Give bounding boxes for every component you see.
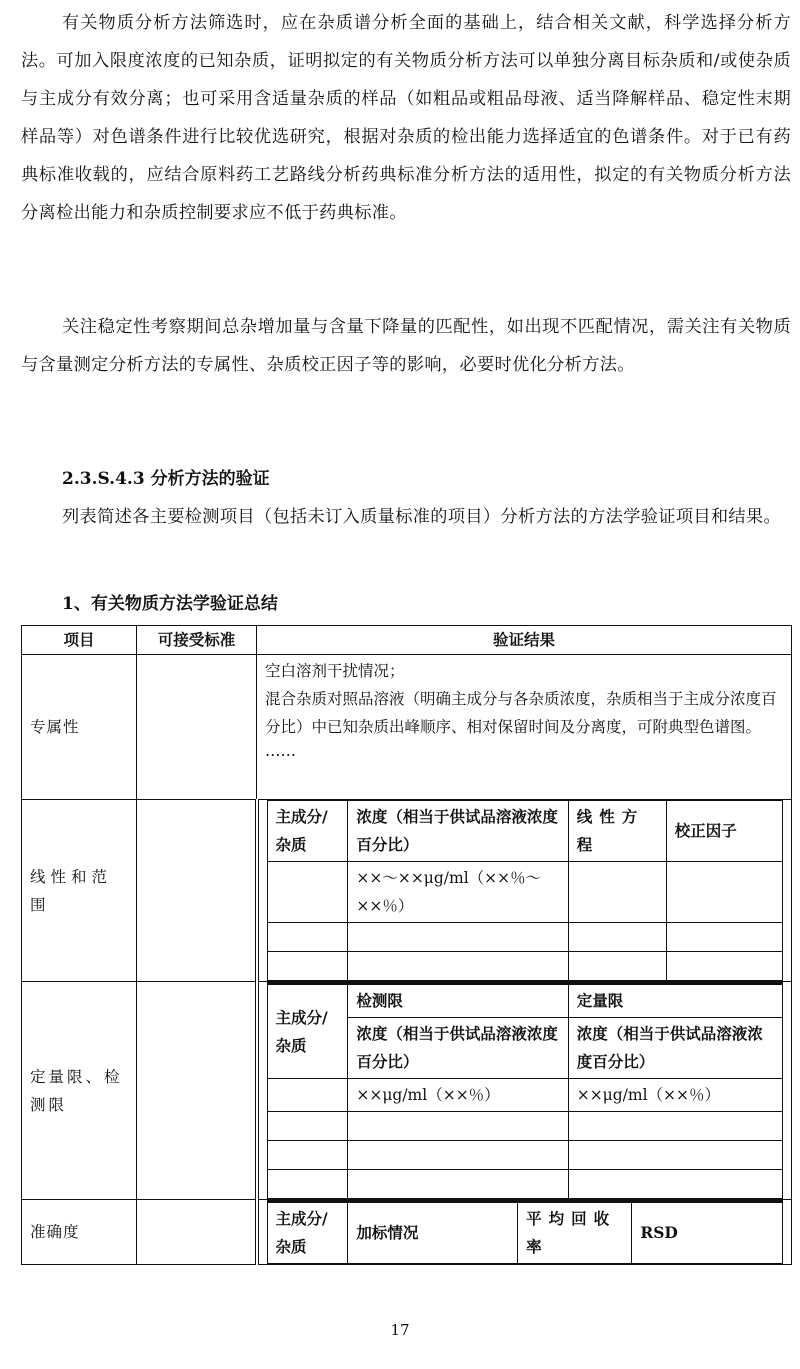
linearity-header-row: 主成分/杂质 浓度（相当于供试品溶液浓度百分比） 线性方程 校正因子 (267, 801, 783, 862)
linearity-cell (568, 862, 666, 923)
item-linearity: 线性和范围 (22, 800, 137, 982)
specificity-result-line: …… (265, 741, 783, 761)
loq-header: 定量限 (568, 984, 782, 1018)
linearity-row (267, 952, 783, 981)
linearity-header-concentration: 浓度（相当于供试品溶液浓度百分比） (348, 801, 568, 862)
lod-loq-cell (267, 1112, 348, 1141)
lod-loq-cell (267, 1141, 348, 1170)
lod-loq-cell (568, 1141, 782, 1170)
item-lod-loq: 定量限、检测限 (22, 982, 137, 1200)
criteria-accuracy (137, 1200, 257, 1265)
criteria-lod-loq (137, 982, 257, 1200)
table-row-lod-loq: 定量限、检测限 主成分/杂质 检测限 定量限 浓度（相当于供试品溶液浓度 (22, 982, 792, 1200)
section-paragraph: 列表简述各主要检测项目（包括未订入质量标准的项目）分析方法的方法学验证项目和结果… (21, 498, 791, 536)
validation-summary-table: 项目 可接受标准 验证结果 专属性 空白溶剂干扰情况； 混合杂质对照品溶液（明确… (21, 625, 792, 1265)
accuracy-header-row: 主成分/杂质 加标情况 平均回收率 RSD (267, 1202, 783, 1264)
loq-concentration-header: 浓度（相当于供试品溶液浓度百分比） (568, 1018, 782, 1079)
paragraph-stability-matching: 关注稳定性考察期间总杂增加量与含量下降量的匹配性，如出现不匹配情况，需关注有关物… (21, 308, 791, 384)
section-heading: 2.3.S.4.3 分析方法的验证 (62, 460, 270, 498)
lod-loq-cell (348, 1141, 568, 1170)
lod-loq-cell (267, 1170, 348, 1199)
linearity-cell (348, 923, 568, 952)
table-row-accuracy: 准确度 主成分/杂质 加标情况 平均回收率 RSD (22, 1200, 792, 1265)
linearity-cell (267, 862, 348, 923)
accuracy-header-component: 主成分/杂质 (267, 1202, 348, 1264)
lod-header: 检测限 (348, 984, 568, 1018)
linearity-header-component: 主成分/杂质 (267, 801, 348, 862)
lod-loq-subtable: 主成分/杂质 检测限 定量限 浓度（相当于供试品溶液浓度百分比） 浓度（相当于供… (267, 982, 784, 1199)
linearity-cell (666, 862, 782, 923)
linearity-row: ××～××μg/ml（××％～××％） (267, 862, 783, 923)
linearity-cell (267, 952, 348, 981)
criteria-linearity (137, 800, 257, 982)
lod-loq-cell (267, 1079, 348, 1112)
table-row-linearity: 线性和范围 主成分/杂质 浓度（相当于供试品溶液浓度百分比） 线性方程 校正因子 (22, 800, 792, 982)
accuracy-header-mean-recovery: 平均回收率 (518, 1202, 632, 1264)
table-title: 1、有关物质方法学验证总结 (62, 585, 278, 623)
item-specificity: 专属性 (22, 655, 137, 800)
lod-loq-header-component: 主成分/杂质 (267, 984, 348, 1079)
header-results: 验证结果 (257, 626, 792, 655)
page-number: 17 (0, 1321, 800, 1339)
linearity-row (267, 923, 783, 952)
table-header-row: 项目 可接受标准 验证结果 (22, 626, 792, 655)
linearity-cell (267, 923, 348, 952)
item-accuracy: 准确度 (22, 1200, 137, 1265)
header-item: 项目 (22, 626, 137, 655)
linearity-header-correction-factor: 校正因子 (666, 801, 782, 862)
accuracy-header-spiking: 加标情况 (348, 1202, 518, 1264)
accuracy-subtable: 主成分/杂质 加标情况 平均回收率 RSD (267, 1200, 784, 1264)
header-criteria: 可接受标准 (137, 626, 257, 655)
lod-loq-cell (348, 1170, 568, 1199)
lod-loq-group-header-row: 主成分/杂质 检测限 定量限 (267, 984, 783, 1018)
lod-loq-cell (348, 1112, 568, 1141)
results-specificity: 空白溶剂干扰情况； 混合杂质对照品溶液（明确主成分与各杂质浓度，杂质相当于主成分… (257, 655, 792, 800)
lod-concentration-header: 浓度（相当于供试品溶液浓度百分比） (348, 1018, 568, 1079)
linearity-subtable: 主成分/杂质 浓度（相当于供试品溶液浓度百分比） 线性方程 校正因子 ××～××… (267, 800, 784, 981)
linearity-cell (568, 952, 666, 981)
linearity-cell (666, 923, 782, 952)
linearity-cell (666, 952, 782, 981)
lod-loq-cell: ××μg/ml（××％） (348, 1079, 568, 1112)
linearity-cell (348, 952, 568, 981)
linearity-header-equation: 线性方程 (568, 801, 666, 862)
results-linearity: 主成分/杂质 浓度（相当于供试品溶液浓度百分比） 线性方程 校正因子 ××～××… (257, 800, 792, 982)
linearity-cell (568, 923, 666, 952)
lod-loq-cell: ××μg/ml（××％） (568, 1079, 782, 1112)
results-accuracy: 主成分/杂质 加标情况 平均回收率 RSD (257, 1200, 792, 1265)
lod-loq-cell (568, 1170, 782, 1199)
lod-loq-row: ××μg/ml（××％） ××μg/ml（××％） (267, 1079, 783, 1112)
criteria-specificity (137, 655, 257, 800)
table-row-specificity: 专属性 空白溶剂干扰情况； 混合杂质对照品溶液（明确主成分与各杂质浓度，杂质相当… (22, 655, 792, 800)
accuracy-header-rsd: RSD (632, 1202, 783, 1264)
results-lod-loq: 主成分/杂质 检测限 定量限 浓度（相当于供试品溶液浓度百分比） 浓度（相当于供… (257, 982, 792, 1200)
linearity-cell: ××～××μg/ml（××％～××％） (348, 862, 568, 923)
paragraph-impurity-method-screening: 有关物质分析方法筛选时，应在杂质谱分析全面的基础上，结合相关文献，科学选择分析方… (21, 4, 791, 232)
lod-loq-row (267, 1141, 783, 1170)
specificity-result-line: 混合杂质对照品溶液（明确主成分与各杂质浓度，杂质相当于主成分浓度百分比）中已知杂… (265, 685, 783, 741)
lod-loq-row (267, 1170, 783, 1199)
specificity-result-line: 空白溶剂干扰情况； (265, 657, 783, 685)
lod-loq-row (267, 1112, 783, 1141)
lod-loq-cell (568, 1112, 782, 1141)
